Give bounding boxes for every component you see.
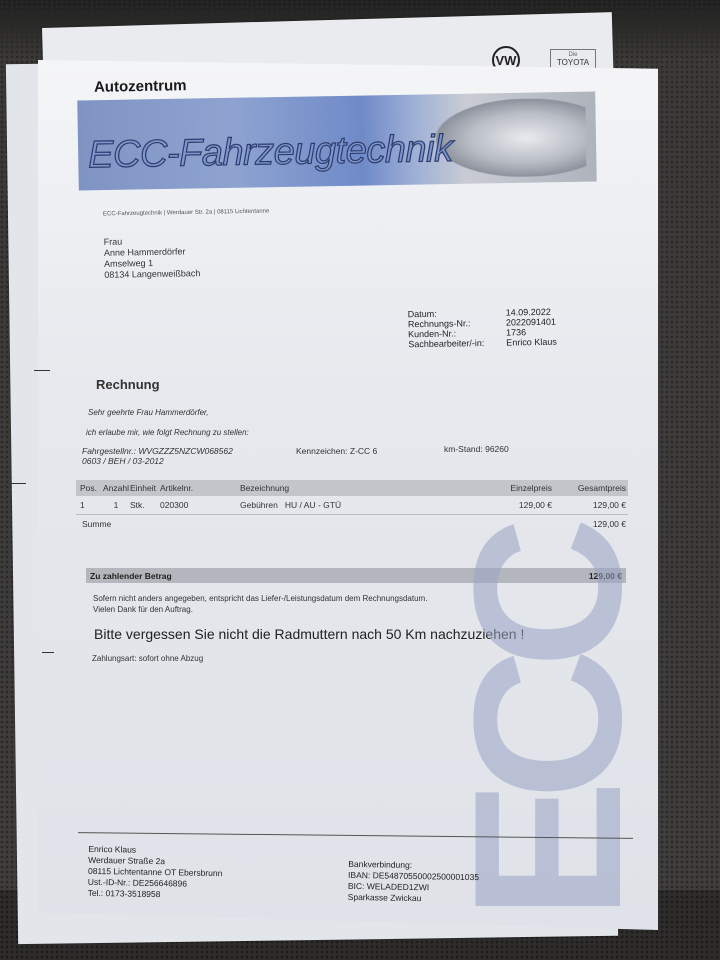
- footer-line: Sparkasse Zwickau: [348, 892, 479, 905]
- odometer: km-Stand: 96260: [444, 444, 509, 454]
- col-bezeichnung: Bezeichnung: [234, 483, 476, 493]
- invoice-notes: Sofern nicht anders angegeben, entsprich…: [93, 593, 427, 615]
- intro-text: ich erlaube mir, wie folgt Rechnung zu s…: [86, 428, 249, 437]
- cell-artikel: 020300: [160, 500, 234, 510]
- cell-gesamtpreis: 129,00 €: [552, 500, 628, 510]
- table-header: Pos. Anzahl Einheit Artikelnr. Bezeichnu…: [76, 480, 628, 496]
- vehicle-type-line: 0603 / BEH / 03-2012: [82, 456, 642, 466]
- col-pos: Pos.: [76, 483, 102, 493]
- meta-label: Sachbearbeiter/-in:: [408, 338, 506, 350]
- company-banner-title: ECC-Fahrzeugtechnik: [88, 128, 453, 177]
- sum-label: Summe: [82, 519, 111, 529]
- company-banner: ECC-Fahrzeugtechnik: [77, 91, 596, 190]
- invoice-table: Pos. Anzahl Einheit Artikelnr. Bezeichnu…: [76, 480, 628, 533]
- fold-mark: [34, 370, 50, 371]
- total-value: 129,00 €: [589, 571, 622, 581]
- greeting: Sehr geehrte Frau Hammerdörfer,: [88, 408, 209, 417]
- cell-pos: 1: [76, 500, 102, 510]
- fold-mark: [10, 483, 26, 484]
- autozentrum-heading: Autozentrum: [94, 77, 187, 96]
- meta-value: Enrico Klaus: [506, 337, 557, 348]
- sum-value: 129,00 €: [593, 519, 626, 529]
- col-gesamtpreis: Gesamtpreis: [552, 483, 628, 493]
- document-title: Rechnung: [96, 377, 160, 392]
- wheel-nut-reminder: Bitte vergessen Sie nicht die Radmuttern…: [94, 626, 524, 642]
- recipient-address: Frau Anne Hammerdörfer Amselweg 1 08134 …: [104, 235, 201, 281]
- invoice-meta: Datum: 14.09.2022 Rechnungs-Nr.: 2022091…: [408, 307, 557, 350]
- cell-bezeichnung: Gebühren HU / AU - GTÜ: [234, 500, 476, 510]
- vehicle-info: Fahrgestellnr.: WVGZZZ5NZCW068562 0603 /…: [82, 446, 642, 466]
- license-plate: Kennzeichen: Z-CC 6: [296, 446, 377, 456]
- footer-line: Tel.: 0173-3518958: [88, 888, 223, 901]
- col-artikel: Artikelnr.: [160, 483, 234, 493]
- cell-einheit: Stk.: [130, 500, 160, 510]
- sum-row: Summe 129,00 €: [76, 515, 628, 533]
- col-einzelpreis: Einzelpreis: [476, 483, 552, 493]
- fold-mark: [42, 652, 54, 653]
- footer-company-info: Enrico Klaus Werdauer Straße 2a 08115 Li…: [88, 844, 223, 901]
- col-einheit: Einheit: [130, 483, 160, 493]
- toyota-label: TOYOTA: [554, 59, 592, 68]
- cell-einzelpreis: 129,00 €: [476, 500, 552, 510]
- total-amount-bar: Zu zahlender Betrag 129,00 €: [86, 568, 626, 583]
- table-row: 1 1 Stk. 020300 Gebühren HU / AU - GTÜ 1…: [76, 496, 628, 515]
- col-anzahl: Anzahl: [102, 483, 130, 493]
- note-thanks: Vielen Dank für den Auftrag.: [93, 604, 427, 615]
- total-label: Zu zahlender Betrag: [90, 571, 172, 581]
- payment-terms: Zahlungsart: sofort ohne Abzug: [92, 654, 203, 663]
- footer-bank-info: Bankverbindung: IBAN: DE5487055000250000…: [348, 859, 480, 905]
- note-delivery-date: Sofern nicht anders angegeben, entsprich…: [93, 593, 427, 604]
- cell-anzahl: 1: [102, 500, 130, 510]
- recipient-city: 08134 Langenweißbach: [104, 268, 200, 281]
